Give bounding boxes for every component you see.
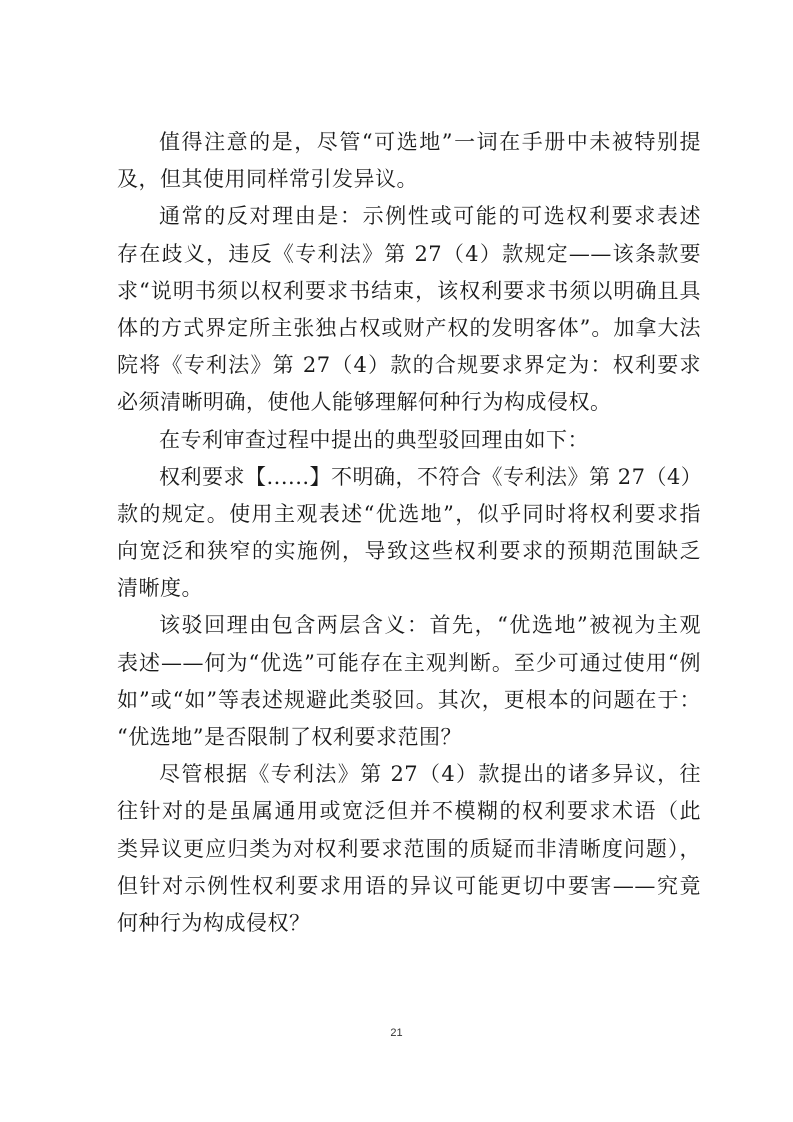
- text-line: 往针对的是虽属通用或宽泛但并不模糊的权利要求术语（此: [117, 793, 701, 830]
- text-line: 院将《专利法》第 27（4）款的合规要求界定为：权利要求: [117, 347, 701, 384]
- text-line: 类异议更应归类为对权利要求范围的质疑而非清晰度问题），: [117, 831, 701, 868]
- document-body: 值得注意的是，尽管“可选地”一词在手册中未被特别提 及，但其使用同样常引发异议。…: [117, 124, 701, 942]
- text-line: 通常的反对理由是：示例性或可能的可选权利要求表述: [117, 198, 701, 235]
- paragraph-rejection-quote: 权利要求【......】不明确，不符合《专利法》第 27（4） 款的规定。使用主…: [117, 459, 701, 608]
- text-line: 该驳回理由包含两层含义：首先，“优选地”被视为主观: [117, 607, 701, 644]
- text-line: 求“说明书须以权利要求书结束，该权利要求书须以明确且具: [117, 273, 701, 310]
- page-number: 21: [0, 1027, 793, 1039]
- text-line: 何种行为构成侵权？: [117, 905, 701, 942]
- text-line: 及，但其使用同样常引发异议。: [117, 161, 701, 198]
- text-line: 款的规定。使用主观表述“优选地”，似乎同时将权利要求指: [117, 496, 701, 533]
- paragraph-typical-rejection-intro: 在专利审查过程中提出的典型驳回理由如下：: [117, 422, 701, 459]
- text-line: 表述——何为“优选”可能存在主观判断。至少可通过使用“例: [117, 645, 701, 682]
- text-line: 必须清晰明确，使他人能够理解何种行为构成侵权。: [117, 384, 701, 421]
- text-line: 值得注意的是，尽管“可选地”一词在手册中未被特别提: [117, 124, 701, 161]
- text-line: “优选地”是否限制了权利要求范围？: [117, 719, 701, 756]
- paragraph-rejection-analysis: 该驳回理由包含两层含义：首先，“优选地”被视为主观 表述——何为“优选”可能存在…: [117, 607, 701, 756]
- paragraph-conclusion: 尽管根据《专利法》第 27（4）款提出的诸多异议，往 往针对的是虽属通用或宽泛但…: [117, 756, 701, 942]
- text-line: 清晰度。: [117, 570, 701, 607]
- text-line: 向宽泛和狭窄的实施例，导致这些权利要求的预期范围缺乏: [117, 533, 701, 570]
- text-line: 但针对示例性权利要求用语的异议可能更切中要害——究竟: [117, 868, 701, 905]
- paragraph-common-objection: 通常的反对理由是：示例性或可能的可选权利要求表述 存在歧义，违反《专利法》第 2…: [117, 198, 701, 421]
- text-line: 权利要求【......】不明确，不符合《专利法》第 27（4）: [117, 459, 701, 496]
- text-line: 存在歧义，违反《专利法》第 27（4）款规定——该条款要: [117, 236, 701, 273]
- text-line: 在专利审查过程中提出的典型驳回理由如下：: [117, 422, 701, 459]
- document-page: 值得注意的是，尽管“可选地”一词在手册中未被特别提 及，但其使用同样常引发异议。…: [0, 0, 793, 1122]
- text-line: 体的方式界定所主张独占权或财产权的发明客体”。加拿大法: [117, 310, 701, 347]
- text-line: 如”或“如”等表述规避此类驳回。其次，更根本的问题在于：: [117, 682, 701, 719]
- paragraph-optional-term-note: 值得注意的是，尽管“可选地”一词在手册中未被特别提 及，但其使用同样常引发异议。: [117, 124, 701, 198]
- text-line: 尽管根据《专利法》第 27（4）款提出的诸多异议，往: [117, 756, 701, 793]
